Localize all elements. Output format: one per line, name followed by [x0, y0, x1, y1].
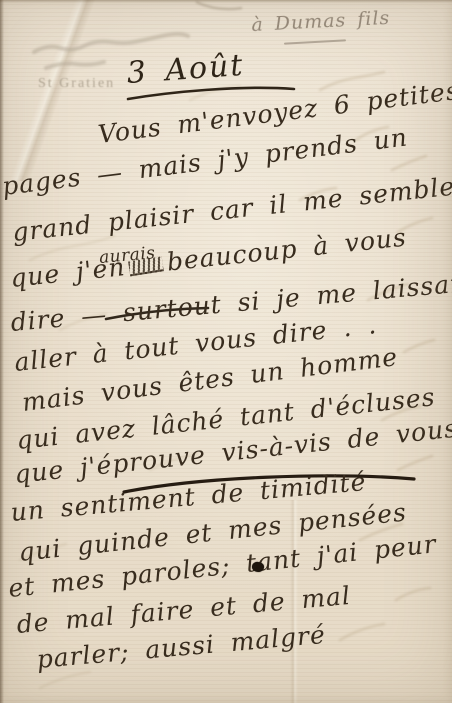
pencil-underline: [284, 39, 346, 44]
handwritten-date: 3 Août: [126, 48, 246, 91]
pencil-annotation: à Dumas fils: [251, 7, 391, 36]
amended-suffix: beaucoup à vous: [165, 223, 408, 277]
letterhead-place: St Gratien: [38, 76, 115, 92]
page-edge-left: [0, 0, 4, 703]
page-edge-top: [0, 0, 452, 3]
letter-scan: à Dumas fils St Gratien 3 Août Vous m'en…: [0, 0, 452, 703]
